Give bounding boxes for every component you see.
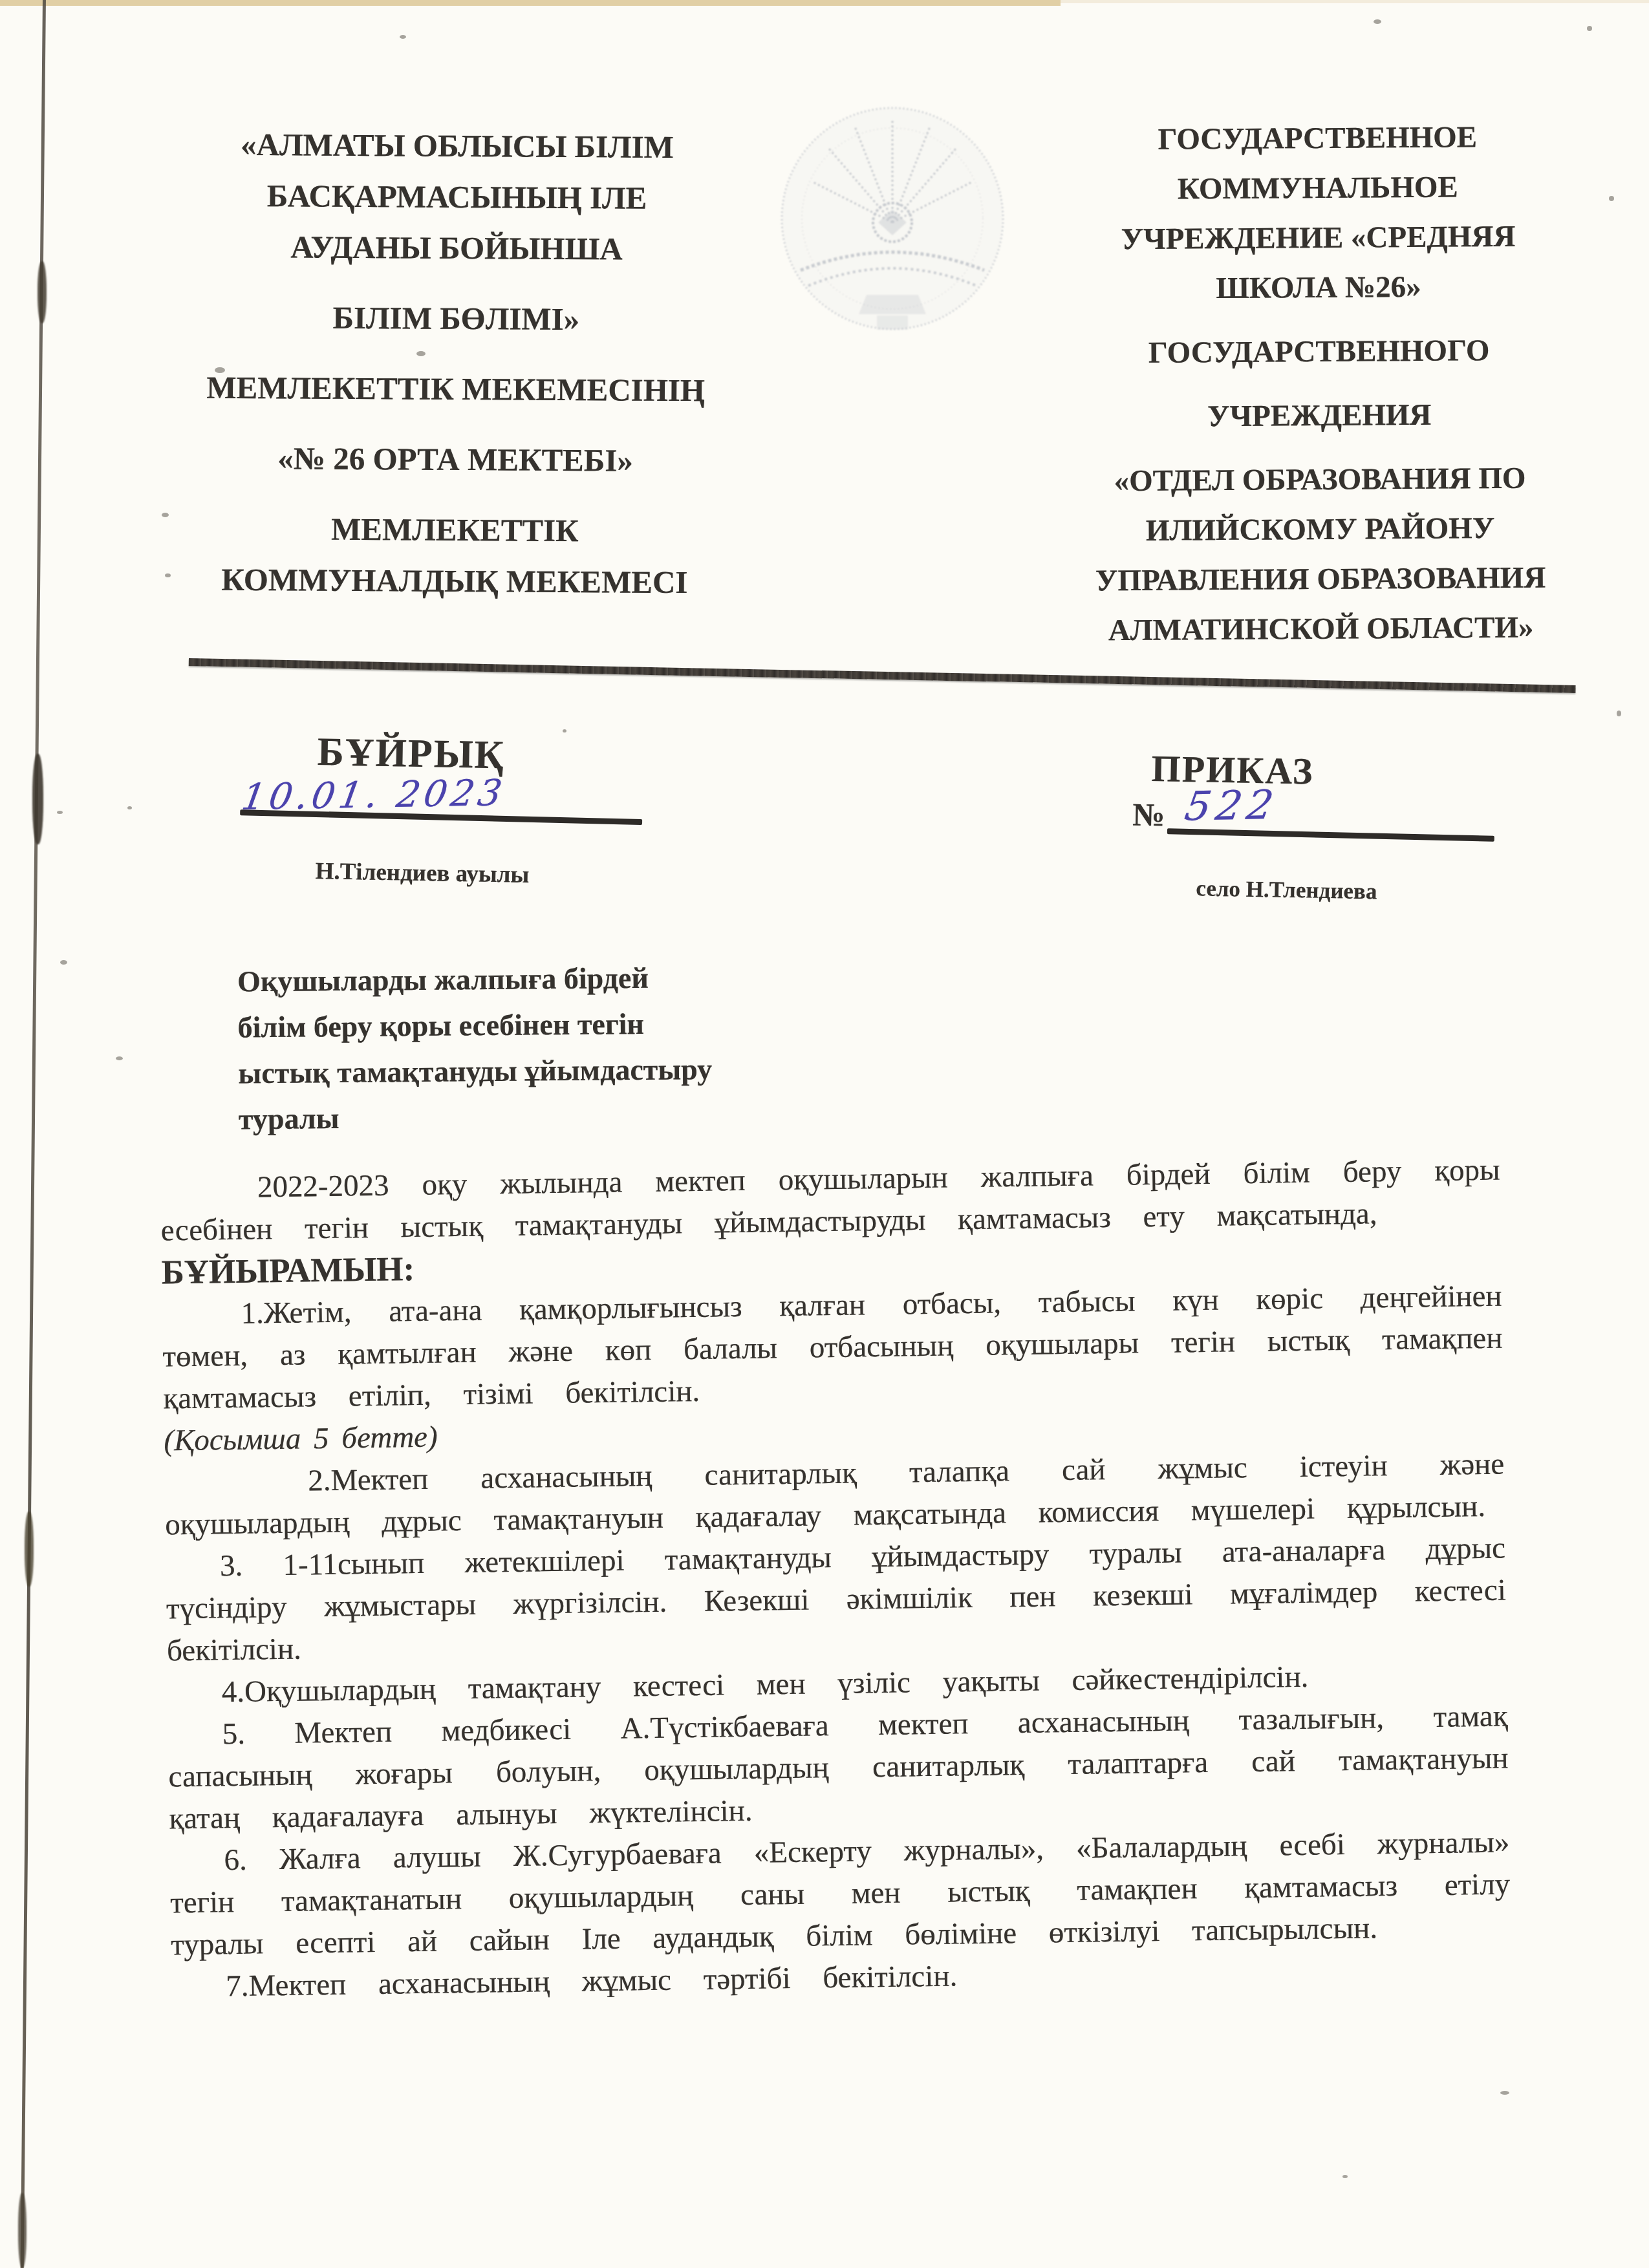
scan-speck: [1500, 2091, 1509, 2095]
order-subject: Оқушыларды жалпыға бірдей білім беру қор…: [237, 953, 892, 1142]
scan-speck: [57, 811, 63, 814]
order-subject-line: Оқушыларды жалпыға бірдей: [237, 953, 891, 1005]
scan-speck: [116, 1056, 123, 1060]
org-name-kk-line: «№ 26 ОРТА МЕКТЕБІ»: [173, 432, 738, 486]
scan-top-edge-strip: [0, 0, 1061, 6]
scan-speck: [1587, 26, 1592, 31]
org-name-ru-line: АЛМАТИНСКОЙ ОБЛАСТИ»: [1028, 603, 1613, 656]
header-divider-line: [189, 658, 1576, 693]
org-name-ru-line: ГОСУДАРСТВЕННОГО: [1026, 325, 1611, 379]
org-name-ru-line: УЧРЕЖДЕНИЯ: [1027, 389, 1612, 443]
scan-speck: [400, 35, 406, 39]
scan-speck: [1617, 711, 1621, 716]
order-title-section: БҰЙРЫҚ 10.01. 2023 Н.Тілендиев ауылы ПРИ…: [164, 711, 1545, 936]
scan-edge-blob: [25, 1512, 34, 1587]
coat-of-arms-icon: [763, 81, 1022, 353]
order-place-ru: село Н.Тлендиева: [1196, 875, 1377, 904]
scan-speck: [60, 960, 67, 965]
org-name-ru: ГОСУДАРСТВЕННОЕ КОММУНАЛЬНОЕ УЧРЕЖДЕНИЕ …: [1025, 112, 1613, 656]
org-name-kk-line: БАСҚАРМАСЫНЫҢ ІЛЕ: [174, 169, 739, 224]
scan-top-edge-strip: [1061, 0, 1649, 3]
org-name-ru-line: «ОТДЕЛ ОБРАЗОВАНИЯ ПО: [1028, 453, 1613, 507]
org-name-kk-line: «АЛМАТЫ ОБЛЫСЫ БІЛІМ: [175, 118, 740, 173]
org-name-ru-line: УПРАВЛЕНИЯ ОБРАЗОВАНИЯ: [1028, 553, 1613, 606]
order-item-1: 1.Жетім, ата-ана қамқорлығынсыз қалған о…: [162, 1276, 1503, 1420]
org-name-kk: «АЛМАТЫ ОБЛЫСЫ БІЛІМ БАСҚАРМАСЫНЫҢ ІЛЕ А…: [172, 118, 740, 608]
org-name-kk-line: МЕМЛЕКЕТТІК: [172, 502, 737, 557]
order-item-6: 6. Жалға алушы Ж.Сугурбаеваға «Ескерту ж…: [169, 1821, 1511, 1966]
order-body: 2022-2023 оқу жылында мектеп оқушыларын …: [160, 1150, 1511, 2009]
order-place-kk: Н.Тілендиев ауылы: [315, 857, 530, 889]
order-subject-line: білім беру қоры есебінен тегін: [237, 999, 891, 1051]
org-name-ru-line: ШКОЛА №26»: [1026, 261, 1611, 315]
org-name-ru-line: УЧРЕЖДЕНИЕ «СРЕДНЯЯ: [1026, 211, 1611, 265]
org-name-ru-line: ГОСУДАРСТВЕННОЕ: [1025, 112, 1610, 166]
scan-speck: [127, 806, 132, 809]
scan-edge-blob: [18, 2193, 27, 2268]
scan-speck: [1374, 19, 1381, 24]
org-name-ru-line: КОММУНАЛЬНОЕ: [1026, 162, 1611, 215]
org-name-kk-line: КОММУНАЛДЫҚ МЕКЕМЕСІ: [172, 553, 737, 608]
order-item-3: 3. 1-11сынып жетекшілері тамақтануды ұйы…: [166, 1528, 1507, 1673]
scanned-order-page: «АЛМАТЫ ОБЛЫСЫ БІЛІМ БАСҚАРМАСЫНЫҢ ІЛЕ А…: [0, 0, 1649, 2268]
org-name-kk-line: МЕМЛЕКЕТТІК МЕКЕМЕСІНІҢ: [173, 361, 738, 416]
order-item-5: 5. Мектеп медбикесі А.Түстікбаеваға мект…: [167, 1696, 1509, 1841]
order-subject-line: туралы: [239, 1091, 892, 1142]
scan-left-edge-line: [21, 0, 46, 2268]
scan-edge-blob: [32, 754, 43, 844]
number-underline: [1167, 828, 1494, 842]
order-subject-line: ыстық тамақтануды ұйымдастыру: [238, 1045, 892, 1097]
order-title-kk: БҰЙРЫҚ: [317, 729, 505, 778]
scan-speck: [162, 513, 169, 517]
org-name-kk-line: АУДАНЫ БОЙЫНША: [174, 220, 739, 275]
org-name-ru-line: ИЛИЙСКОМУ РАЙОНУ: [1028, 503, 1613, 557]
org-name-kk-line: БІЛІМ БӨЛІМІ»: [173, 291, 738, 345]
order-number-handwritten: 522: [1181, 781, 1282, 829]
order-number-sign: №: [1132, 796, 1165, 834]
scan-speck: [1342, 2175, 1348, 2178]
scan-speck: [165, 573, 171, 577]
scan-edge-blob: [38, 261, 47, 323]
